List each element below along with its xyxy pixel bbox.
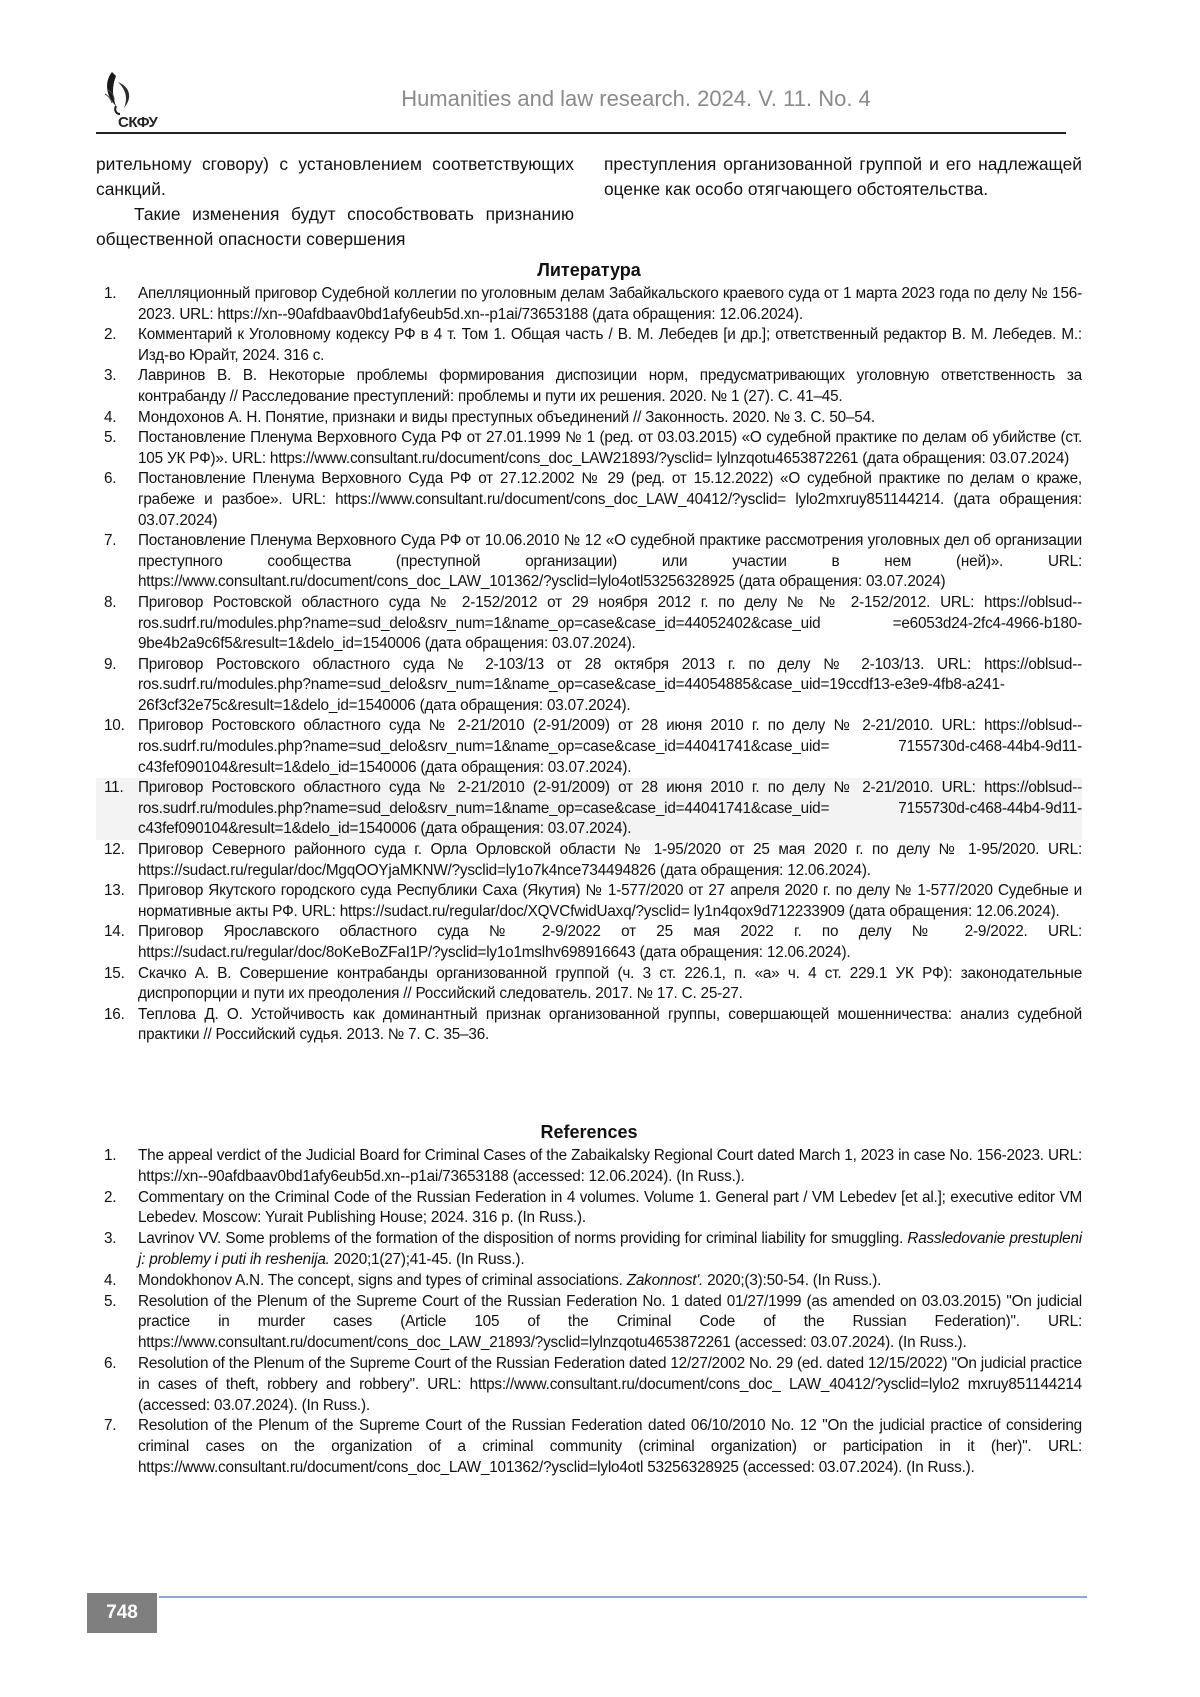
reference-number: 4.: [104, 1271, 116, 1292]
reference-text: Постановление Пленума Верховного Суда РФ…: [138, 470, 1082, 528]
reference-item: 1.Апелляционный приговор Судебной коллег…: [96, 284, 1082, 325]
reference-item: 12.Приговор Северного районного суда г. …: [96, 840, 1082, 881]
reference-item: 13.Приговор Якутского городского суда Ре…: [96, 881, 1082, 922]
paragraph: Такие изменения будут способствовать при…: [96, 202, 574, 252]
reference-number: 3.: [104, 366, 116, 387]
left-column: рительному сговору) с установлением соот…: [96, 152, 574, 252]
references-title: References: [96, 1120, 1082, 1144]
reference-item: 6.Постановление Пленума Верховного Суда …: [96, 469, 1082, 531]
reference-item: 14.Приговор Ярославского областного суда…: [96, 922, 1082, 963]
reference-number: 1.: [104, 1146, 116, 1167]
reference-text: Приговор Ростовского областного суда № 2…: [138, 656, 1082, 714]
reference-item: 1.The appeal verdict of the Judicial Boa…: [96, 1146, 1082, 1188]
reference-item: 6.Resolution of the Plenum of the Suprem…: [96, 1354, 1082, 1416]
logo-text: СКФУ: [118, 114, 157, 131]
page-header: СКФУ Humanities and law research. 2024. …: [96, 60, 1066, 134]
reference-text: Лавринов В. В. Некоторые проблемы формир…: [138, 367, 1082, 405]
reference-tail: 2020;1(27);41-45. (In Russ.).: [330, 1251, 525, 1268]
reference-number: 9.: [104, 655, 116, 676]
reference-number: 4.: [104, 408, 116, 429]
reference-number: 6.: [104, 469, 116, 490]
reference-number: 8.: [104, 593, 116, 614]
page-number: 748: [87, 1593, 157, 1633]
reference-number: 7.: [104, 531, 116, 552]
reference-item: 5.Resolution of the Plenum of the Suprem…: [96, 1292, 1082, 1354]
reference-text: Апелляционный приговор Судебной коллегии…: [138, 285, 1082, 323]
reference-number: 1.: [104, 284, 116, 305]
reference-number: 5.: [104, 1292, 116, 1313]
reference-journal: Zakonnost'.: [627, 1272, 703, 1289]
reference-item: 11.Приговор Ростовского областного суда …: [96, 778, 1082, 840]
reference-text: Resolution of the Plenum of the Supreme …: [138, 1293, 1082, 1352]
literature-list: 1.Апелляционный приговор Судебной коллег…: [96, 284, 1082, 1046]
reference-text: Приговор Ростовской областного суда № 2-…: [138, 594, 1082, 652]
reference-text: Комментарий к Уголовному кодексу РФ в 4 …: [138, 326, 1082, 364]
reference-number: 2.: [104, 325, 116, 346]
reference-item: 3.Lavrinov VV. Some problems of the form…: [96, 1229, 1082, 1271]
footer-divider: [159, 1596, 1087, 1598]
reference-text: Mondokhonov A.N. The concept, signs and …: [138, 1272, 627, 1289]
reference-text: Приговор Ростовского областного суда № 2…: [138, 779, 1082, 837]
reference-number: 13.: [104, 881, 125, 902]
reference-text: Постановление Пленума Верховного Суда РФ…: [138, 429, 1082, 467]
right-column: преступления организованной группой и ег…: [604, 152, 1082, 252]
reference-text: Приговор Ростовского областного суда № 2…: [138, 717, 1082, 775]
reference-item: 7.Resolution of the Plenum of the Suprem…: [96, 1416, 1082, 1478]
reference-number: 3.: [104, 1229, 116, 1250]
reference-item: 15.Скачко А. В. Совершение контрабанды о…: [96, 964, 1082, 1005]
reference-item: 4.Mondokhonov A.N. The concept, signs an…: [96, 1271, 1082, 1292]
reference-text: Lavrinov VV. Some problems of the format…: [138, 1230, 907, 1247]
reference-item: 2.Комментарий к Уголовному кодексу РФ в …: [96, 325, 1082, 366]
reference-number: 12.: [104, 840, 125, 861]
reference-item: 9.Приговор Ростовского областного суда №…: [96, 655, 1082, 717]
paragraph: рительному сговору) с установлением соот…: [96, 152, 574, 202]
reference-number: 7.: [104, 1416, 116, 1437]
reference-item: 7.Постановление Пленума Верховного Суда …: [96, 531, 1082, 593]
reference-text: Commentary on the Criminal Code of the R…: [138, 1189, 1082, 1227]
reference-text: Теплова Д. О. Устойчивость как доминантн…: [138, 1006, 1082, 1044]
reference-text: Приговор Якутского городского суда Респу…: [138, 882, 1082, 920]
reference-item: 10.Приговор Ростовского областного суда …: [96, 716, 1082, 778]
reference-tail: 2020;(3):50-54. (In Russ.).: [703, 1272, 881, 1289]
reference-item: 5.Постановление Пленума Верховного Суда …: [96, 428, 1082, 469]
reference-text: Приговор Ярославского областного суда № …: [138, 923, 1082, 961]
reference-item: 3.Лавринов В. В. Некоторые проблемы форм…: [96, 366, 1082, 407]
reference-item: 16.Теплова Д. О. Устойчивость как домина…: [96, 1005, 1082, 1046]
reference-item: 2.Commentary on the Criminal Code of the…: [96, 1188, 1082, 1230]
reference-number: 16.: [104, 1005, 125, 1026]
reference-text: Скачко А. В. Совершение контрабанды орга…: [138, 965, 1082, 1003]
reference-number: 6.: [104, 1354, 116, 1375]
body-text: рительному сговору) с установлением соот…: [96, 152, 1082, 252]
reference-number: 2.: [104, 1188, 116, 1209]
header-divider: [96, 132, 1066, 134]
reference-number: 15.: [104, 964, 125, 985]
references-list: 1.The appeal verdict of the Judicial Boa…: [96, 1146, 1082, 1479]
reference-text: Resolution of the Plenum of the Supreme …: [138, 1417, 1082, 1476]
reference-text: Мондохонов А. Н. Понятие, признаки и вид…: [138, 409, 875, 426]
reference-item: 8.Приговор Ростовской областного суда № …: [96, 593, 1082, 655]
paragraph: преступления организованной группой и ег…: [604, 152, 1082, 202]
page-footer: 748: [87, 1593, 1087, 1633]
reference-number: 5.: [104, 428, 116, 449]
journal-title: Humanities and law research. 2024. V. 11…: [96, 86, 1066, 112]
literature-title: Литература: [96, 258, 1082, 282]
references-section: References 1.The appeal verdict of the J…: [96, 1120, 1082, 1479]
reference-text: Постановление Пленума Верховного Суда РФ…: [138, 532, 1082, 590]
reference-number: 10.: [104, 716, 125, 737]
reference-number: 14.: [104, 922, 125, 943]
literature-section: Литература 1.Апелляционный приговор Суде…: [96, 258, 1082, 1046]
reference-text: Resolution of the Plenum of the Supreme …: [138, 1355, 1082, 1414]
reference-number: 11.: [104, 778, 124, 799]
reference-text: Приговор Северного районного суда г. Орл…: [138, 841, 1082, 879]
reference-text: The appeal verdict of the Judicial Board…: [138, 1147, 1082, 1185]
reference-item: 4.Мондохонов А. Н. Понятие, признаки и в…: [96, 408, 1082, 429]
